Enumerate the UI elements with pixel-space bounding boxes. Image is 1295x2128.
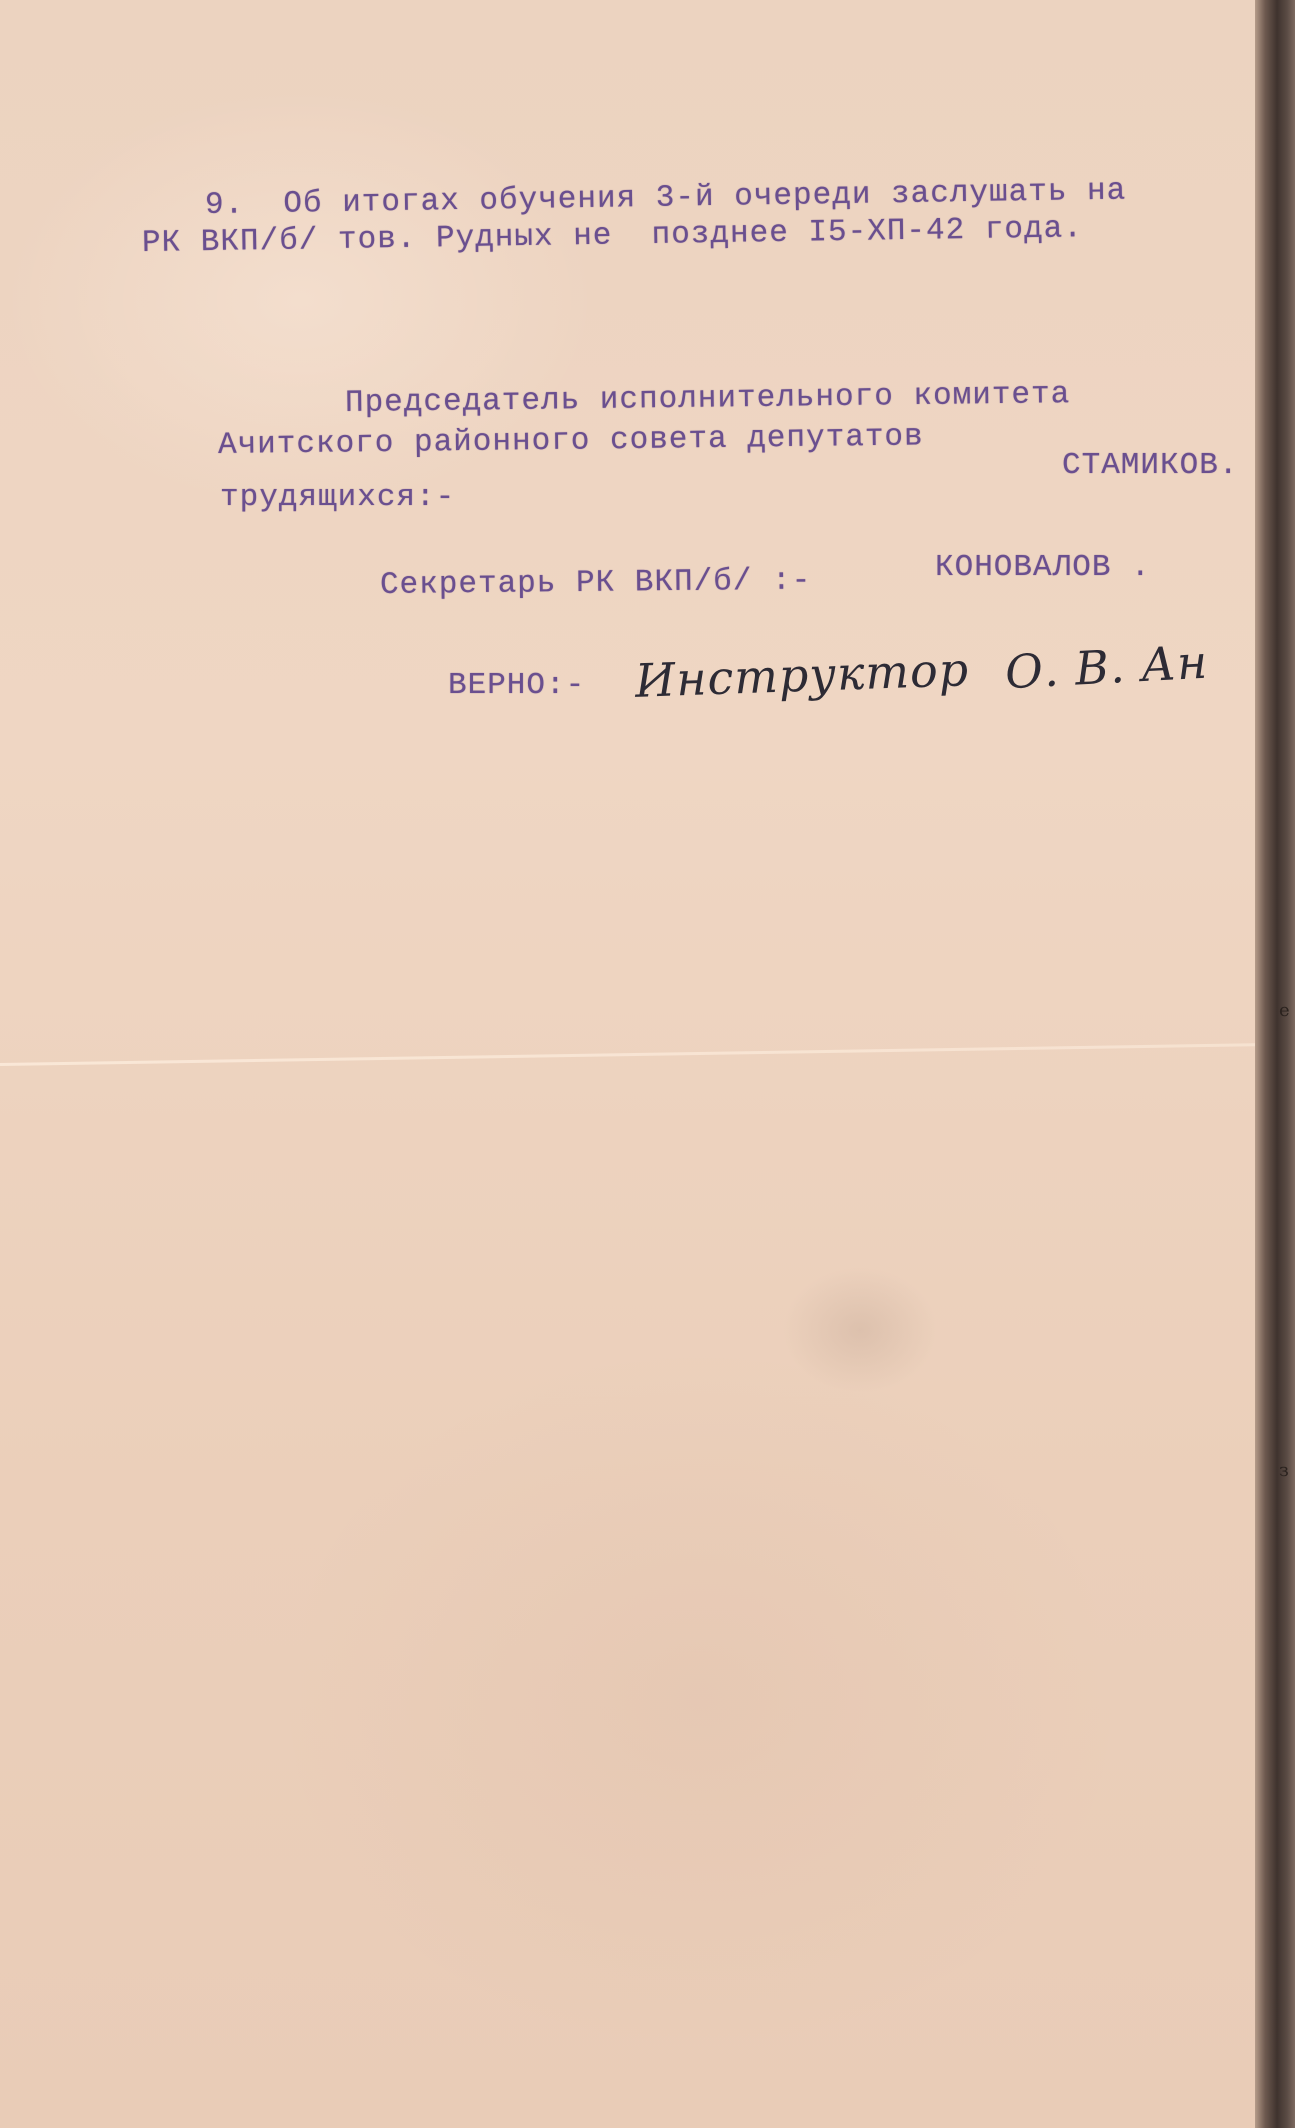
chairman-title-line-3: трудящихся:- [220,480,455,515]
chairman-name: СТАМИКОВ. [1062,448,1238,483]
next-page-fragment: з [1279,1460,1289,1481]
secretary-name: КОНОВАЛОВ . [935,550,1151,585]
book-binding-edge: е з [1255,0,1295,2128]
secretary-title: Секретарь РК ВКП/б/ :- [380,563,812,603]
document-page [0,0,1262,2128]
handwritten-signature: О. В. Ан [1004,635,1210,700]
next-page-fragment: е [1279,1000,1290,1021]
certified-label: ВЕРНО:- [448,668,585,703]
